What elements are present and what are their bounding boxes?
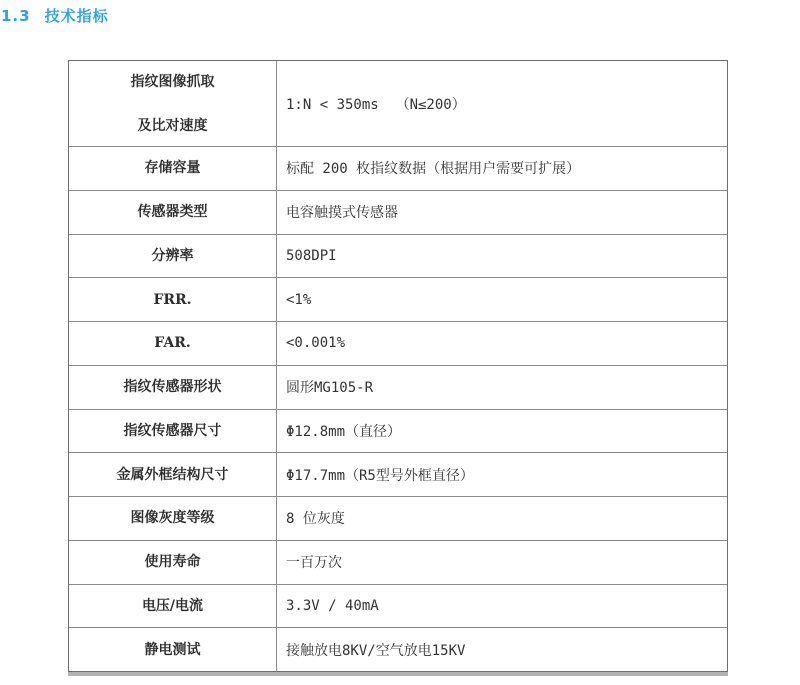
table-row: 传感器类型 电容触摸式传感器 xyxy=(69,190,727,234)
spec-value: <1% xyxy=(277,278,727,321)
table-row: 金属外框结构尺寸 Φ17.7mm（R5型号外框直径） xyxy=(69,452,727,496)
table-bottom-shadow xyxy=(68,672,728,676)
section-heading: 1.3技术指标 xyxy=(1,5,109,26)
spec-value: 一百万次 xyxy=(277,541,727,584)
spec-label: 静电测试 xyxy=(69,628,277,671)
spec-label: 指纹传感器尺寸 xyxy=(69,410,277,453)
table-row: 指纹传感器形状 圆形MG105-R xyxy=(69,365,727,409)
table-row: 存储容量 标配 200 枚指纹数据（根据用户需要可扩展） xyxy=(69,146,727,190)
spec-value: 3.3V / 40mA xyxy=(277,585,727,628)
spec-label: 电压/电流 xyxy=(69,585,277,628)
spec-label: 金属外框结构尺寸 xyxy=(69,453,277,496)
spec-value: 接触放电8KV/空气放电15KV xyxy=(277,628,727,671)
table-row: 指纹传感器尺寸 Φ12.8mm（直径） xyxy=(69,409,727,453)
spec-label: 指纹传感器形状 xyxy=(69,366,277,409)
spec-value: <0.001% xyxy=(277,322,727,365)
spec-value: 1:N < 350ms （N≤200） xyxy=(277,61,727,146)
table-row: 使用寿命 一百万次 xyxy=(69,540,727,584)
spec-value: 508DPI xyxy=(277,235,727,278)
spec-label: 指纹图像抓取 及比对速度 xyxy=(69,61,277,146)
table-row: 图像灰度等级 8 位灰度 xyxy=(69,496,727,540)
spec-label: 使用寿命 xyxy=(69,541,277,584)
spec-label: FRR. xyxy=(69,278,277,321)
spec-label: 传感器类型 xyxy=(69,191,277,234)
spec-value: Φ12.8mm（直径） xyxy=(277,410,727,453)
table-row: FAR. <0.001% xyxy=(69,321,727,365)
spec-table: 指纹图像抓取 及比对速度 1:N < 350ms （N≤200） 存储容量 标配… xyxy=(68,60,728,672)
spec-label: 图像灰度等级 xyxy=(69,497,277,540)
spec-label: FAR. xyxy=(69,322,277,365)
spec-label: 分辨率 xyxy=(69,235,277,278)
table-row: 电压/电流 3.3V / 40mA xyxy=(69,584,727,628)
document-page: 1.3技术指标 指纹图像抓取 及比对速度 1:N < 350ms （N≤200）… xyxy=(0,0,800,685)
table-row: 指纹图像抓取 及比对速度 1:N < 350ms （N≤200） xyxy=(69,61,727,146)
section-number: 1.3 xyxy=(1,7,31,25)
spec-value: 圆形MG105-R xyxy=(277,366,727,409)
spec-value: Φ17.7mm（R5型号外框直径） xyxy=(277,453,727,496)
spec-value: 电容触摸式传感器 xyxy=(277,191,727,234)
section-title: 技术指标 xyxy=(45,7,109,25)
table-row: 静电测试 接触放电8KV/空气放电15KV xyxy=(69,627,727,671)
table-row: 分辨率 508DPI xyxy=(69,234,727,278)
table-row: FRR. <1% xyxy=(69,277,727,321)
spec-value: 标配 200 枚指纹数据（根据用户需要可扩展） xyxy=(277,147,727,190)
spec-label: 存储容量 xyxy=(69,147,277,190)
spec-value: 8 位灰度 xyxy=(277,497,727,540)
